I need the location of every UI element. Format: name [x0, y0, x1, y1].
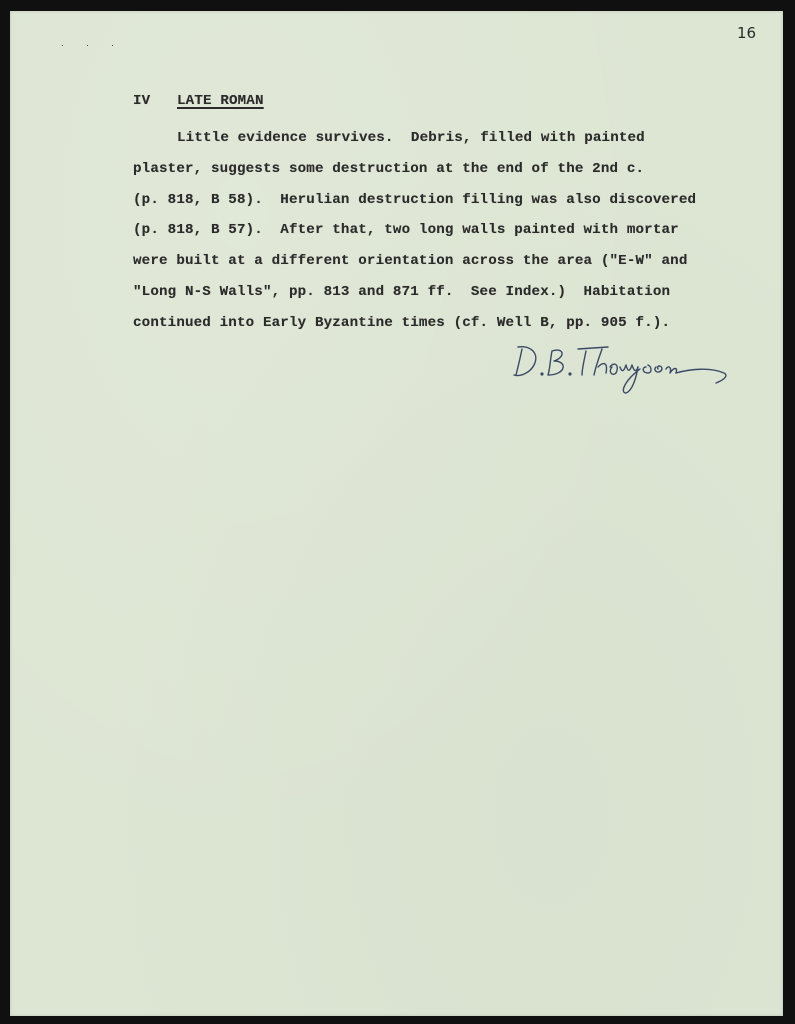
- section-numeral: IV: [133, 93, 177, 109]
- signature: [510, 341, 740, 401]
- scan-frame: . . . 16 IVLATE ROMAN Little evidence su…: [0, 0, 795, 1024]
- body-line: were built at a different orientation ac…: [133, 246, 753, 277]
- body-paragraph: Little evidence survives. Debris, filled…: [133, 123, 753, 339]
- body-line: plaster, suggests some destruction at th…: [133, 154, 753, 185]
- page-number: 16: [737, 24, 756, 42]
- body-line: "Long N-S Walls", pp. 813 and 871 ff. Se…: [133, 277, 753, 308]
- document-page: . . . 16 IVLATE ROMAN Little evidence su…: [10, 11, 783, 1016]
- section-title: LATE ROMAN: [177, 93, 264, 109]
- body-line: continued into Early Byzantine times (cf…: [133, 308, 753, 339]
- body-line: (p. 818, B 57). After that, two long wal…: [133, 215, 753, 246]
- margin-marks: . . .: [61, 39, 124, 48]
- body-line: (p. 818, B 58). Herulian destruction fil…: [133, 185, 753, 216]
- section-heading: IVLATE ROMAN: [133, 93, 264, 109]
- body-line: Little evidence survives. Debris, filled…: [133, 123, 753, 154]
